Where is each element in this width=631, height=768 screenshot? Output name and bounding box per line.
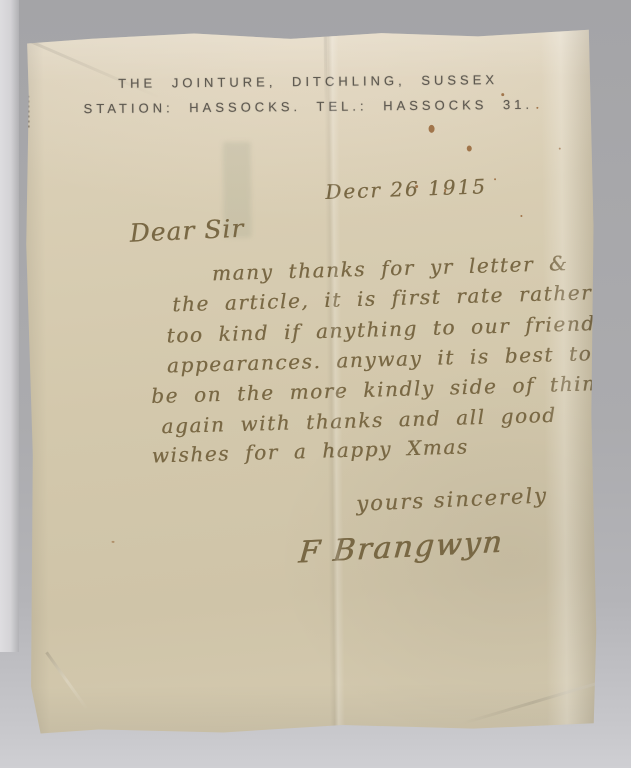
foxing-spot — [559, 148, 561, 150]
handwritten-closing: yours sincerely — [356, 483, 549, 516]
handwritten-signature: F Brangwyn — [297, 525, 505, 571]
letterhead-line2: STATION: HASSOCKS. TEL.: HASSOCKS 31. — [24, 91, 592, 121]
letterhead: THE JOINTURE, DITCHLING, SUSSEX STATION:… — [24, 66, 592, 121]
foxing-spot — [429, 125, 435, 133]
foxing-spot — [520, 215, 522, 217]
foxing-spot — [501, 93, 504, 96]
foxing-spot — [494, 178, 496, 180]
paper-crease-bottom-left — [45, 652, 88, 711]
handwritten-line: many thanks for yr letter & — [212, 251, 569, 285]
handwritten-date: Decr 26 1915 — [325, 174, 487, 204]
handwritten-line: wishes for a happy Xmas — [151, 434, 469, 467]
handwritten-salutation: Dear Sir — [129, 214, 245, 248]
paper-crease-bottom-right — [461, 680, 606, 726]
handwritten-line: appearances. anyway it is best to — [167, 341, 593, 377]
foxing-spot — [112, 541, 115, 543]
handwritten-line: the article, it is first rate rather — [172, 280, 593, 316]
letter-paper: THE JOINTURE, DITCHLING, SUSSEX STATION:… — [24, 28, 599, 735]
handwritten-line: again with thanks and all good — [161, 403, 557, 438]
foxing-spot — [467, 145, 472, 151]
foxing-spot — [536, 107, 538, 109]
sleeve-edge — [0, 0, 19, 652]
edge-printers-mark — [25, 96, 29, 130]
photo-background: THE JOINTURE, DITCHLING, SUSSEX STATION:… — [0, 0, 631, 768]
